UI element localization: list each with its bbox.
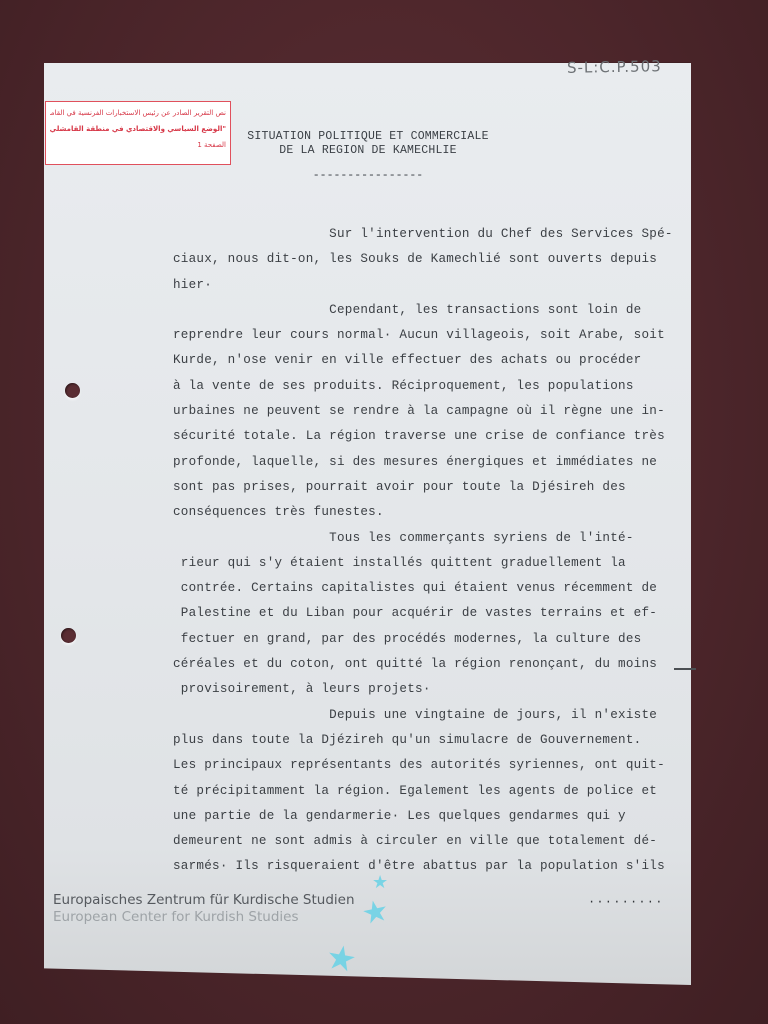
document-title: SITUATION POLITIQUE ET COMMERCIALE DE LA…: [238, 130, 498, 183]
annotation-line: "الوضع السياسي والاقتصادي في منطقة القام…: [50, 121, 226, 137]
body-text-line: Cependant, les transactions sont loin de: [173, 298, 673, 323]
body-text-line: ciaux, nous dit-on, les Souks de Kamechl…: [173, 247, 673, 272]
body-text-line: plus dans toute la Djézireh qu'un simula…: [173, 728, 673, 753]
body-text-line: sarmés· Ils risqueraient d'être abattus …: [173, 854, 673, 879]
body-text-line: à la vente de ses produits. Réciproqueme…: [173, 374, 673, 399]
annotation-line: نص التقرير الصادر عن رئيس الاستخبارات ال…: [50, 105, 226, 121]
body-text-line: sont pas prises, pourrait avoir pour tou…: [173, 475, 673, 500]
body-text-line: Sur l'intervention du Chef des Services …: [173, 222, 673, 247]
watermark-line-german: Europaisches Zentrum für Kurdische Studi…: [53, 892, 355, 909]
document-body: Sur l'intervention du Chef des Services …: [173, 222, 673, 880]
body-text-line: Depuis une vingtaine de jours, il n'exis…: [173, 703, 673, 728]
punch-hole-icon: [61, 628, 76, 643]
body-text-line: reprendre leur cours normal· Aucun villa…: [173, 323, 673, 348]
punch-hole-icon: [65, 383, 80, 398]
body-text-line: sécurité totale. La région traverse une …: [173, 424, 673, 449]
star-icon: ★: [372, 874, 388, 892]
body-text-line: urbaines ne peuvent se rendre à la campa…: [173, 399, 673, 424]
watermark-line-english: European Center for Kurdish Studies: [53, 909, 355, 926]
body-text-line: Kurde, n'ose venir en ville effectuer de…: [173, 348, 673, 373]
body-text-line: rieur qui s'y étaient installés quittent…: [173, 551, 673, 576]
star-icon: ★: [323, 940, 359, 979]
body-text-line: céréales et du coton, ont quitté la régi…: [173, 652, 673, 677]
title-line-1: SITUATION POLITIQUE ET COMMERCIALE: [238, 130, 498, 144]
watermark: Europaisches Zentrum für Kurdische Studi…: [53, 892, 355, 926]
title-line-2: DE LA REGION DE KAMECHLIE: [238, 144, 498, 158]
annotation-page-number: الصفحة 1: [50, 137, 226, 153]
title-separator: ----------------: [238, 169, 498, 183]
archive-reference-code: S-L:C.P.503: [567, 57, 662, 77]
body-text-line: profonde, laquelle, si des mesures énerg…: [173, 450, 673, 475]
body-text-line: contrée. Certains capitalistes qui étaie…: [173, 576, 673, 601]
body-text-line: Tous les commerçants syriens de l'inté-: [173, 526, 673, 551]
margin-mark: [674, 668, 696, 670]
continuation-dots: ·········: [588, 895, 664, 909]
body-text-line: demeurent ne sont admis à circuler en vi…: [173, 829, 673, 854]
arabic-annotation-box: نص التقرير الصادر عن رئيس الاستخبارات ال…: [45, 101, 231, 165]
body-text-line: conséquences très funestes.: [173, 500, 673, 525]
body-text-line: une partie de la gendarmerie· Les quelqu…: [173, 804, 673, 829]
body-text-line: hier·: [173, 273, 673, 298]
body-text-line: fectuer en grand, par des procédés moder…: [173, 627, 673, 652]
body-text-line: Les principaux représentants des autorit…: [173, 753, 673, 778]
body-text-line: Palestine et du Liban pour acquérir de v…: [173, 601, 673, 626]
body-text-line: provisoirement, à leurs projets·: [173, 677, 673, 702]
body-text-line: té précipitamment la région. Egalement l…: [173, 779, 673, 804]
